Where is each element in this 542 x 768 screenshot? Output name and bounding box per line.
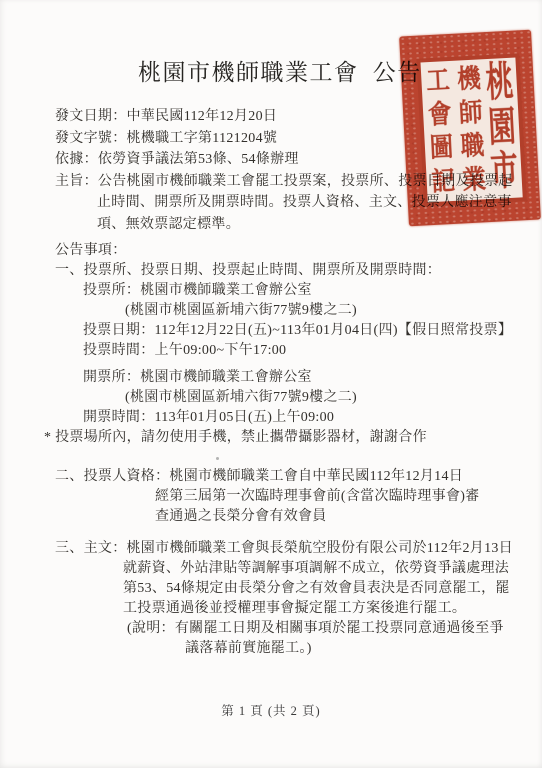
seal-glyph: 記 — [430, 160, 456, 203]
scanned-announcement-page: 桃園市機師職業工會 公告 發文日期：中華民國112年12月20日發文字號：桃機職… — [0, 0, 542, 768]
seal-glyph: 業 — [461, 159, 487, 202]
document-body-lines: 公告事項：一、投票所、投票日期、投票起止時間、開票所及開票時間：投票所：桃園市機… — [0, 241, 542, 659]
seal-glyph: 市 — [489, 138, 520, 209]
doc-line: (桃園市桃園區新埔六街77號9樓之二) — [125, 388, 542, 408]
doc-line: 第53、54條規定由長榮分會之有效會員表決是否同意罷工，罷 — [123, 579, 542, 599]
seal-column: 桃園市 — [485, 61, 521, 196]
scan-speck — [216, 457, 219, 460]
doc-line: * 投票場所內，請勿使用手機，禁止攜帶攝影器材，謝謝合作 — [44, 428, 542, 448]
doc-line: 工投票通過後並授權理事會擬定罷工方案後進行罷工。 — [123, 599, 542, 619]
doc-line: 議落幕前實施罷工。) — [185, 639, 542, 659]
seal-column: 機師職業 — [454, 62, 490, 197]
seal-column: 工會圖記 — [423, 64, 459, 199]
doc-line: (說明：有關罷工日期及相關事項於罷工投票同意通過後至爭 — [127, 619, 542, 639]
doc-line: 公告事項： — [55, 241, 542, 261]
doc-line: 二、投票人資格：桃園市機師職業工會自中華民國112年12月14日 — [55, 467, 542, 487]
doc-line: 開票所：桃園市機師職業工會辦公室 — [83, 368, 542, 388]
doc-line: (桃園市桃園區新埔六街77號9樓之二) — [125, 301, 542, 321]
doc-line: 開票時間：113年01月05日(五)上午09:00 — [83, 408, 542, 428]
official-seal: 桃園市機師職業工會圖記 — [399, 30, 541, 227]
doc-line: 查通過之長榮分會有效會員 — [155, 507, 542, 527]
doc-line: 投票日期：112年12月22日(五)~113年01月04日(四)【假日照常投票】 — [83, 321, 542, 341]
doc-line: 三、主文：桃園市機師職業工會與長榮航空股份有限公司於112年2月13日 — [55, 539, 542, 559]
page-number: 第 1 頁 (共 2 頁) — [0, 701, 542, 719]
doc-line: 投票所：桃園市機師職業工會辦公室 — [83, 281, 542, 301]
seal-text-area: 桃園市機師職業工會圖記 — [416, 53, 527, 206]
doc-line: 一、投票所、投票日期、投票起止時間、開票所及開票時間： — [55, 261, 542, 281]
doc-line: 投票時間：上午09:00~下午17:00 — [83, 341, 542, 361]
doc-line: 經第三屆第一次臨時理事會前(含當次臨時理事會)審 — [155, 487, 542, 507]
doc-line: 就薪資、外站津貼等調解事項調解不成立，依勞資爭議處理法 — [123, 559, 542, 579]
